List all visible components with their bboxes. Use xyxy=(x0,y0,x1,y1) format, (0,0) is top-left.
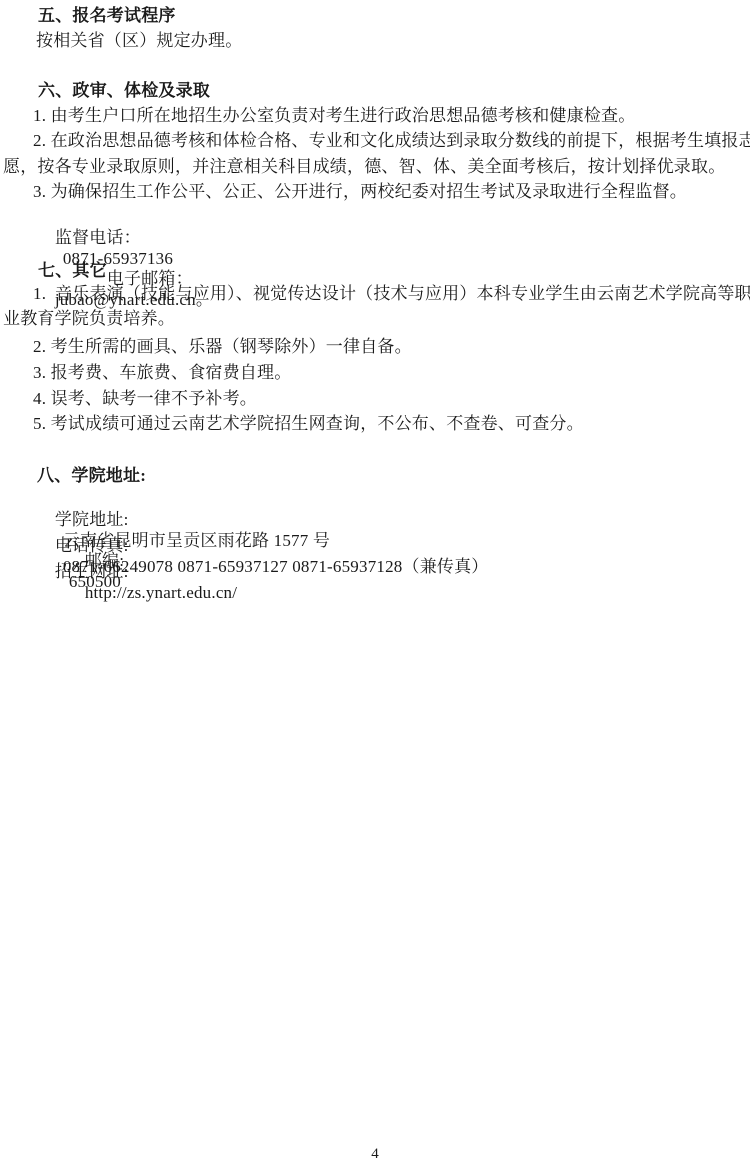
section7-heading: 七、其它 xyxy=(38,261,107,281)
supervision-phone-label: 监督电话： xyxy=(55,228,141,248)
section6-item1: 1. 由考生户口所在地招生办公室负责对考生进行政治思想品德考核和健康检查。 xyxy=(33,106,635,126)
section5-body: 按相关省（区）规定办理。 xyxy=(36,31,242,51)
section6-heading: 六、政审、体检及录取 xyxy=(38,81,210,101)
section6-item2-line2: 愿，按各专业录取原则，并注意相关科目成绩，德、智、体、美全面考核后，按计划择优录… xyxy=(3,157,725,177)
section7-item4: 4. 误考、缺考一律不予补考。 xyxy=(33,389,257,409)
website-url: http://zs.ynart.edu.cn/ xyxy=(85,583,237,603)
section7-item1-line1: 1. 音乐表演（技能与应用）、视觉传达设计（技术与应用）本科专业学生由云南艺术学… xyxy=(33,284,750,304)
section8-heading: 八、学院地址: xyxy=(37,466,146,486)
section7-item3: 3. 报考费、车旅费、食宿费自理。 xyxy=(33,363,291,383)
page-number: 4 xyxy=(0,1146,750,1163)
section7-item5: 5. 考试成绩可通过云南艺术学院招生网查询，不公布、不查卷、可查分。 xyxy=(33,414,584,434)
section5-heading: 五、报名考试程序 xyxy=(38,6,176,26)
website-line: 招生网址: http://zs.ynart.edu.cn/ xyxy=(37,542,237,624)
section6-item2-line1: 2. 在政治思想品德考核和体检合格、专业和文化成绩达到录取分数线的前提下，根据考… xyxy=(33,131,750,151)
document-page: 五、报名考试程序 按相关省（区）规定办理。 六、政审、体检及录取 1. 由考生户… xyxy=(0,0,750,1175)
section7-item2: 2. 考生所需的画具、乐器（钢琴除外）一律自备。 xyxy=(33,337,412,357)
website-label: 招生网址: xyxy=(55,562,129,582)
section6-item3: 3. 为确保招生工作公平、公正、公开进行，两校纪委对招生考试及录取进行全程监督。 xyxy=(33,182,687,202)
section7-item1-line2: 业教育学院负责培养。 xyxy=(3,309,175,329)
